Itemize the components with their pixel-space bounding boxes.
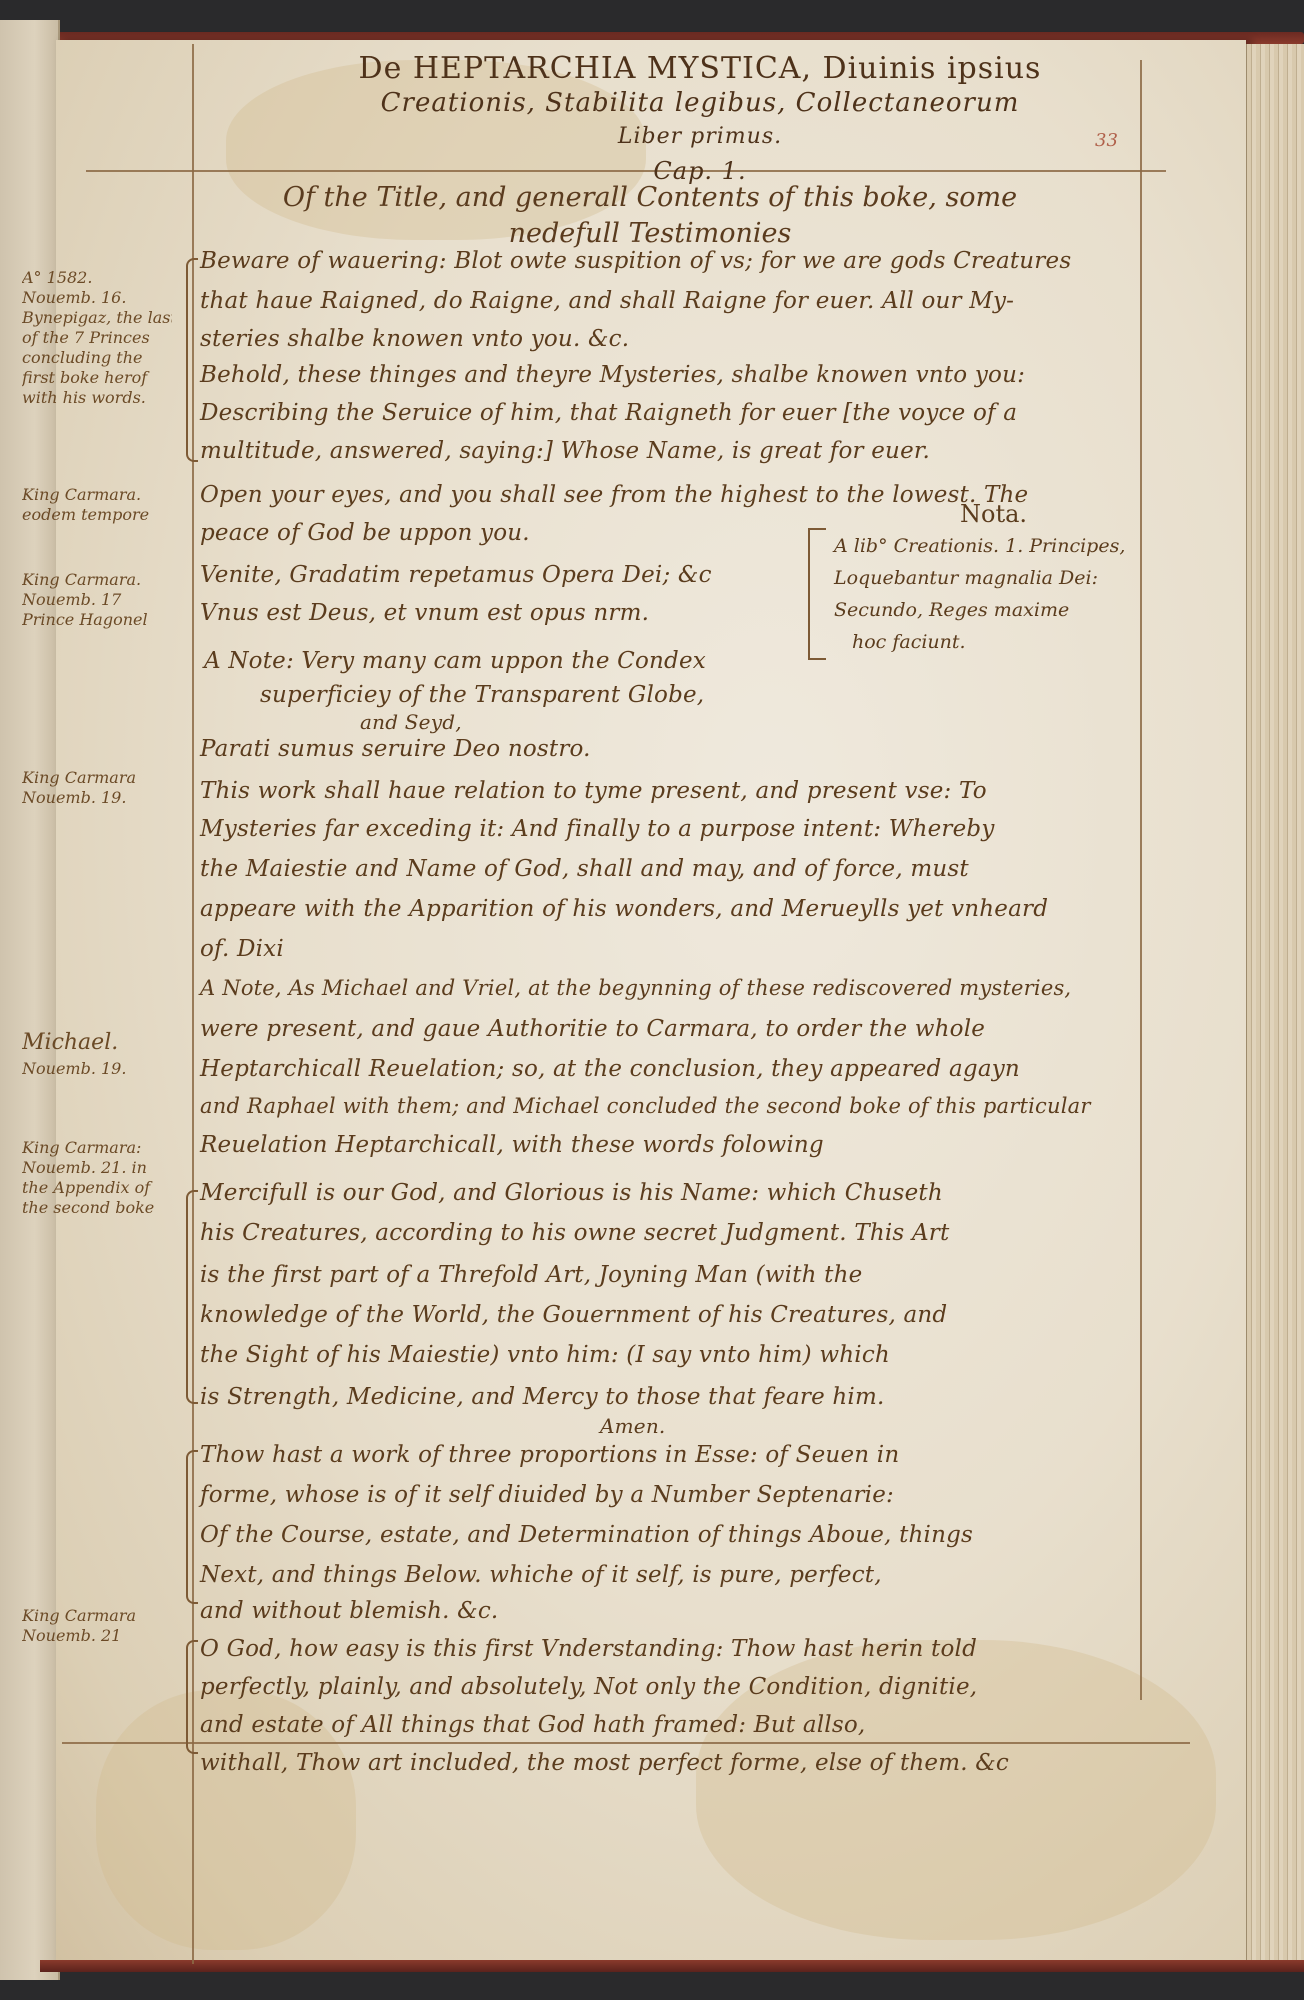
body-line: were present, and gaue Authoritie to Car… [200,1016,985,1042]
chapter-heading: Of the Title, and generall Contents of t… [220,180,1080,252]
body-line: Mercifull is our God, and Glorious is hi… [200,1180,943,1206]
body-line: withall, Thow art included, the most per… [200,1750,1009,1776]
body-line: and without blemish. &c. [200,1598,498,1624]
body-line: of. Dixi [200,936,284,962]
body-line: Amen. [600,1414,665,1438]
brace-mark [186,1450,198,1604]
nota-line: hoc faciunt. [812,626,1172,658]
title-line-1: De HEPTARCHIA MYSTICA, Diuinis ipsius [320,52,1080,86]
body-line: and estate of All things that God hath f… [200,1712,865,1738]
body-line: Heptarchicall Reuelation; so, at the con… [200,1056,1020,1082]
body-line: Thow hast a work of three proportions in… [200,1442,899,1468]
body-line: that haue Raigned, do Raigne, and shall … [200,288,1014,314]
title-line-2: Creationis, Stabilita legibus, Collectan… [320,86,1080,120]
nota-box: A lib° Creationis. 1. Principes, Loqueba… [812,530,1172,658]
margin-note-carmara-nov17: King Carmara. Nouemb. 17 Prince Hagonel [22,570,172,630]
body-line: and Raphael with them; and Michael concl… [200,1094,1091,1118]
body-line: the Sight of his Maiestie) vnto him: (I … [200,1342,890,1368]
body-line: is Strength, Medicine, and Mercy to thos… [200,1384,885,1410]
margin-note-michael: Michael. Nouemb. 19. [22,1030,172,1082]
margin-note-carmara-nov21-appendix: King Carmara: Nouemb. 21. in the Appendi… [22,1138,172,1218]
chapter-heading-line-2: nedefull Testimonies [220,216,1080,252]
body-line: perfectly, plainly, and absolutely, Not … [200,1674,977,1700]
body-line: and Seyd, [360,710,462,734]
chapter-heading-line-1: Of the Title, and generall Contents of t… [220,180,1080,216]
margin-note-carmara-nov19: King Carmara Nouemb. 19. [22,768,172,808]
nota-line: A lib° Creationis. 1. Principes, [812,530,1172,562]
nota-heading: Nota. [960,500,1027,528]
body-line: Reuelation Heptarchicall, with these wor… [200,1132,824,1158]
nota-line: Loquebantur magnalia Dei: [812,562,1172,594]
ruled-line-bottom [62,1742,1190,1744]
body-line: Parati sumus seruire Deo nostro. [200,736,591,762]
body-line: Vnus est Deus, et vnum est opus nrm. [200,600,649,626]
body-line: This work shall haue relation to tyme pr… [200,778,987,804]
body-line: multitude, answered, saying:] Whose Name… [200,438,930,464]
body-line: O God, how easy is this first Vnderstand… [200,1636,977,1662]
body-line: A Note: Very many cam uppon the Condex [204,648,706,674]
body-line: appeare with the Apparition of his wonde… [200,896,1048,922]
nota-line: Secundo, Reges maxime [812,594,1172,626]
margin-note-1582: A° 1582. Nouemb. 16. Bynepigaz, the last… [22,268,172,408]
manuscript-title: De HEPTARCHIA MYSTICA, Diuinis ipsius Cr… [320,52,1080,188]
body-line: superficiey of the Transparent Globe, [260,682,704,708]
brace-mark [186,258,198,462]
body-line: is the first part of a Threfold Art, Joy… [200,1262,862,1288]
body-line: Next, and things Below. whiche of it sel… [200,1562,882,1588]
body-line: Mysteries far exceding it: And finally t… [200,816,995,842]
title-line-3: Liber primus. [320,120,1080,154]
body-line: the Maiestie and Name of God, shall and … [200,856,969,882]
body-line: his Creatures, according to his owne sec… [200,1220,949,1246]
book-binding-bottom [40,1960,1304,1972]
body-line: forme, whose is of it self diuided by a … [200,1482,894,1508]
body-line: Open your eyes, and you shall see from t… [200,482,1028,508]
margin-note-carmara-nov21: King Carmara Nouemb. 21 [22,1606,172,1646]
brace-mark [186,1190,198,1404]
body-line: Behold, these thinges and theyre Mysteri… [200,362,1025,388]
body-line: Of the Course, estate, and Determination… [200,1522,973,1548]
body-line: A Note, As Michael and Vriel, at the beg… [200,976,1071,1000]
body-line: Venite, Gradatim repetamus Opera Dei; &c [200,562,712,588]
folio-number: 33 [1095,130,1118,151]
margin-note-carmara: King Carmara. eodem tempore [22,485,172,525]
body-line: knowledge of the World, the Gouernment o… [200,1302,947,1328]
page-edges [1246,44,1304,1960]
ruled-right-margin [1140,60,1142,1700]
brace-mark [186,1640,198,1754]
body-line: steries shalbe knowen vnto you. &c. [200,326,629,352]
body-line: Beware of wauering: Blot owte suspition … [200,248,1071,274]
body-line: Describing the Seruice of him, that Raig… [200,400,1017,426]
body-line: peace of God be uppon you. [200,520,530,546]
